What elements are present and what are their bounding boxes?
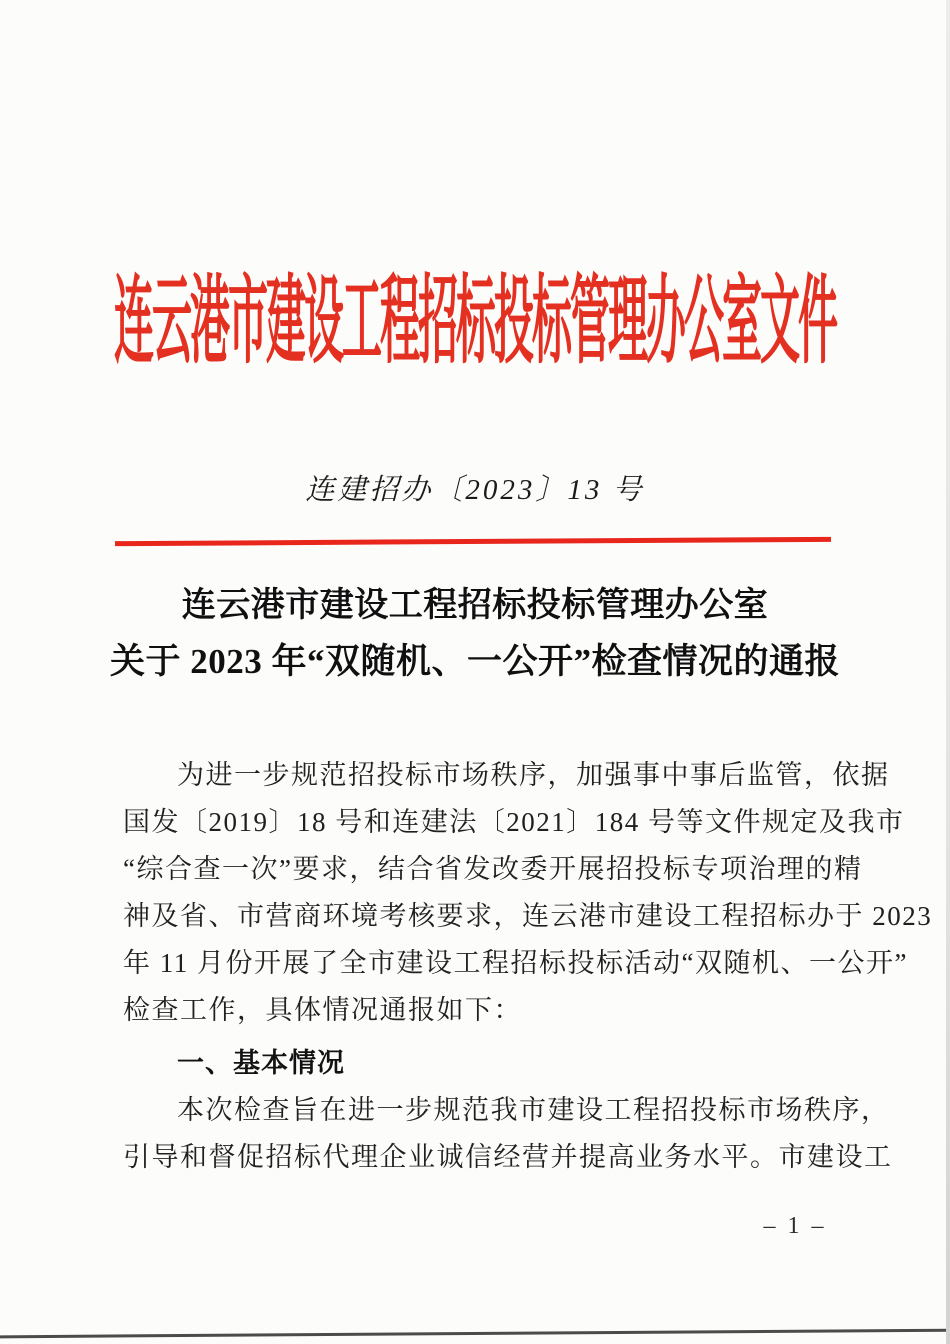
document-title-line2: 关于 2023 年“双随机、一公开”检查情况的通报 xyxy=(0,639,950,685)
page-number: – 1 – xyxy=(750,1210,840,1242)
document-number: 连建招办〔2023〕13 号 xyxy=(0,470,950,510)
body-line: 神及省、市营商环境考核要求，连云港市建设工程招标办于 2023 xyxy=(123,893,835,940)
body-line: 本次检查旨在进一步规范我市建设工程招投标市场秩序， xyxy=(123,1087,835,1134)
body-line: 为进一步规范招投标市场秩序，加强事中事后监管，依据 xyxy=(123,752,835,799)
red-divider-rule xyxy=(115,537,831,546)
document-body: 为进一步规范招投标市场秩序，加强事中事后监管，依据 国发〔2019〕18 号和连… xyxy=(123,752,835,1181)
body-line: 检查工作，具体情况通报如下： xyxy=(123,987,835,1034)
scanned-document-page: 连云港市建设工程招标投标管理办公室文件 连建招办〔2023〕13 号 连云港市建… xyxy=(0,0,950,1344)
body-line: 国发〔2019〕18 号和连建法〔2021〕184 号等文件规定及我市 xyxy=(123,799,835,846)
red-masthead-title: 连云港市建设工程招标投标管理办公室文件 xyxy=(0,274,950,371)
paper-bottom-edge xyxy=(0,1329,950,1339)
body-line: 引导和督促招标代理企业诚信经营并提高业务水平。市建设工 xyxy=(123,1134,835,1181)
body-line: “综合查一次”要求，结合省发改委开展招投标专项治理的精 xyxy=(123,846,835,893)
body-line: 年 11 月份开展了全市建设工程招标投标活动“双随机、一公开” xyxy=(123,940,835,987)
paper-right-edge xyxy=(946,0,950,1344)
document-title-line1: 连云港市建设工程招标投标管理办公室 xyxy=(0,584,950,628)
section-heading-basic-situation: 一、基本情况 xyxy=(123,1040,835,1087)
